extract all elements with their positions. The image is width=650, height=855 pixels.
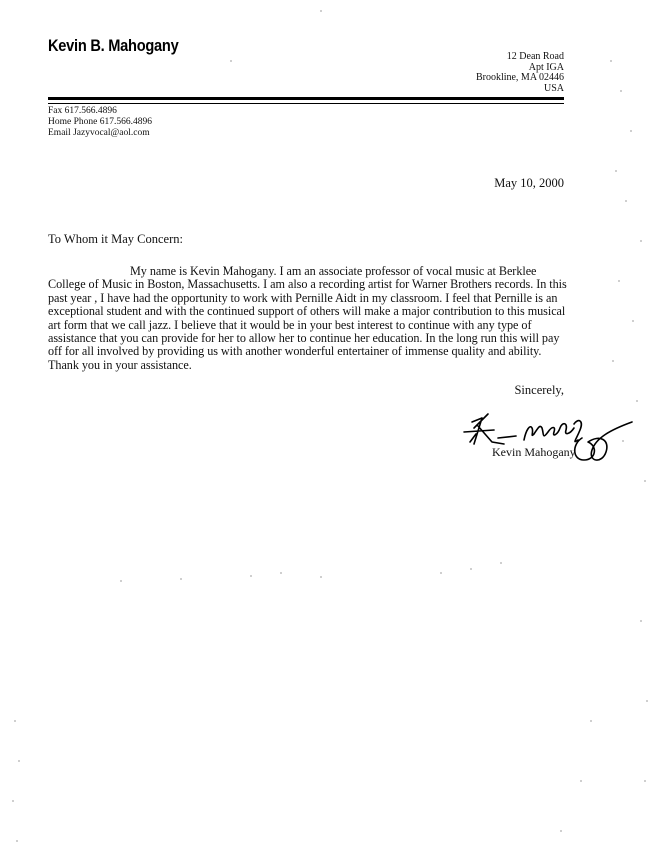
contact-phone: Home Phone 617.566.4896 <box>48 117 152 128</box>
letter-date: May 10, 2000 <box>494 176 564 191</box>
address-line: Brookline, MA 02446 <box>476 73 564 84</box>
letterhead-address: 12 Dean Road Apt IGA Brookline, MA 02446… <box>476 52 564 94</box>
letterhead-name: Kevin B. Mahogany <box>48 36 178 56</box>
letterhead-rule-thick <box>48 97 564 100</box>
signature-icon <box>460 404 640 474</box>
letterhead-contact: Fax 617.566.4896 Home Phone 617.566.4896… <box>48 106 152 139</box>
contact-fax: Fax 617.566.4896 <box>48 106 152 117</box>
letterhead-rule-thin <box>48 103 564 104</box>
letter-body: My name is Kevin Mahogany. I am an assoc… <box>48 265 568 372</box>
address-line: 12 Dean Road <box>476 52 564 63</box>
contact-email: Email Jazyvocal@aol.com <box>48 128 152 139</box>
address-line: USA <box>476 84 564 95</box>
letter-page: Kevin B. Mahogany 12 Dean Road Apt IGA B… <box>0 0 650 855</box>
letter-salutation: To Whom it May Concern: <box>48 232 183 247</box>
letter-closing: Sincerely, <box>514 383 564 398</box>
signer-name: Kevin Mahogany <box>492 445 576 460</box>
